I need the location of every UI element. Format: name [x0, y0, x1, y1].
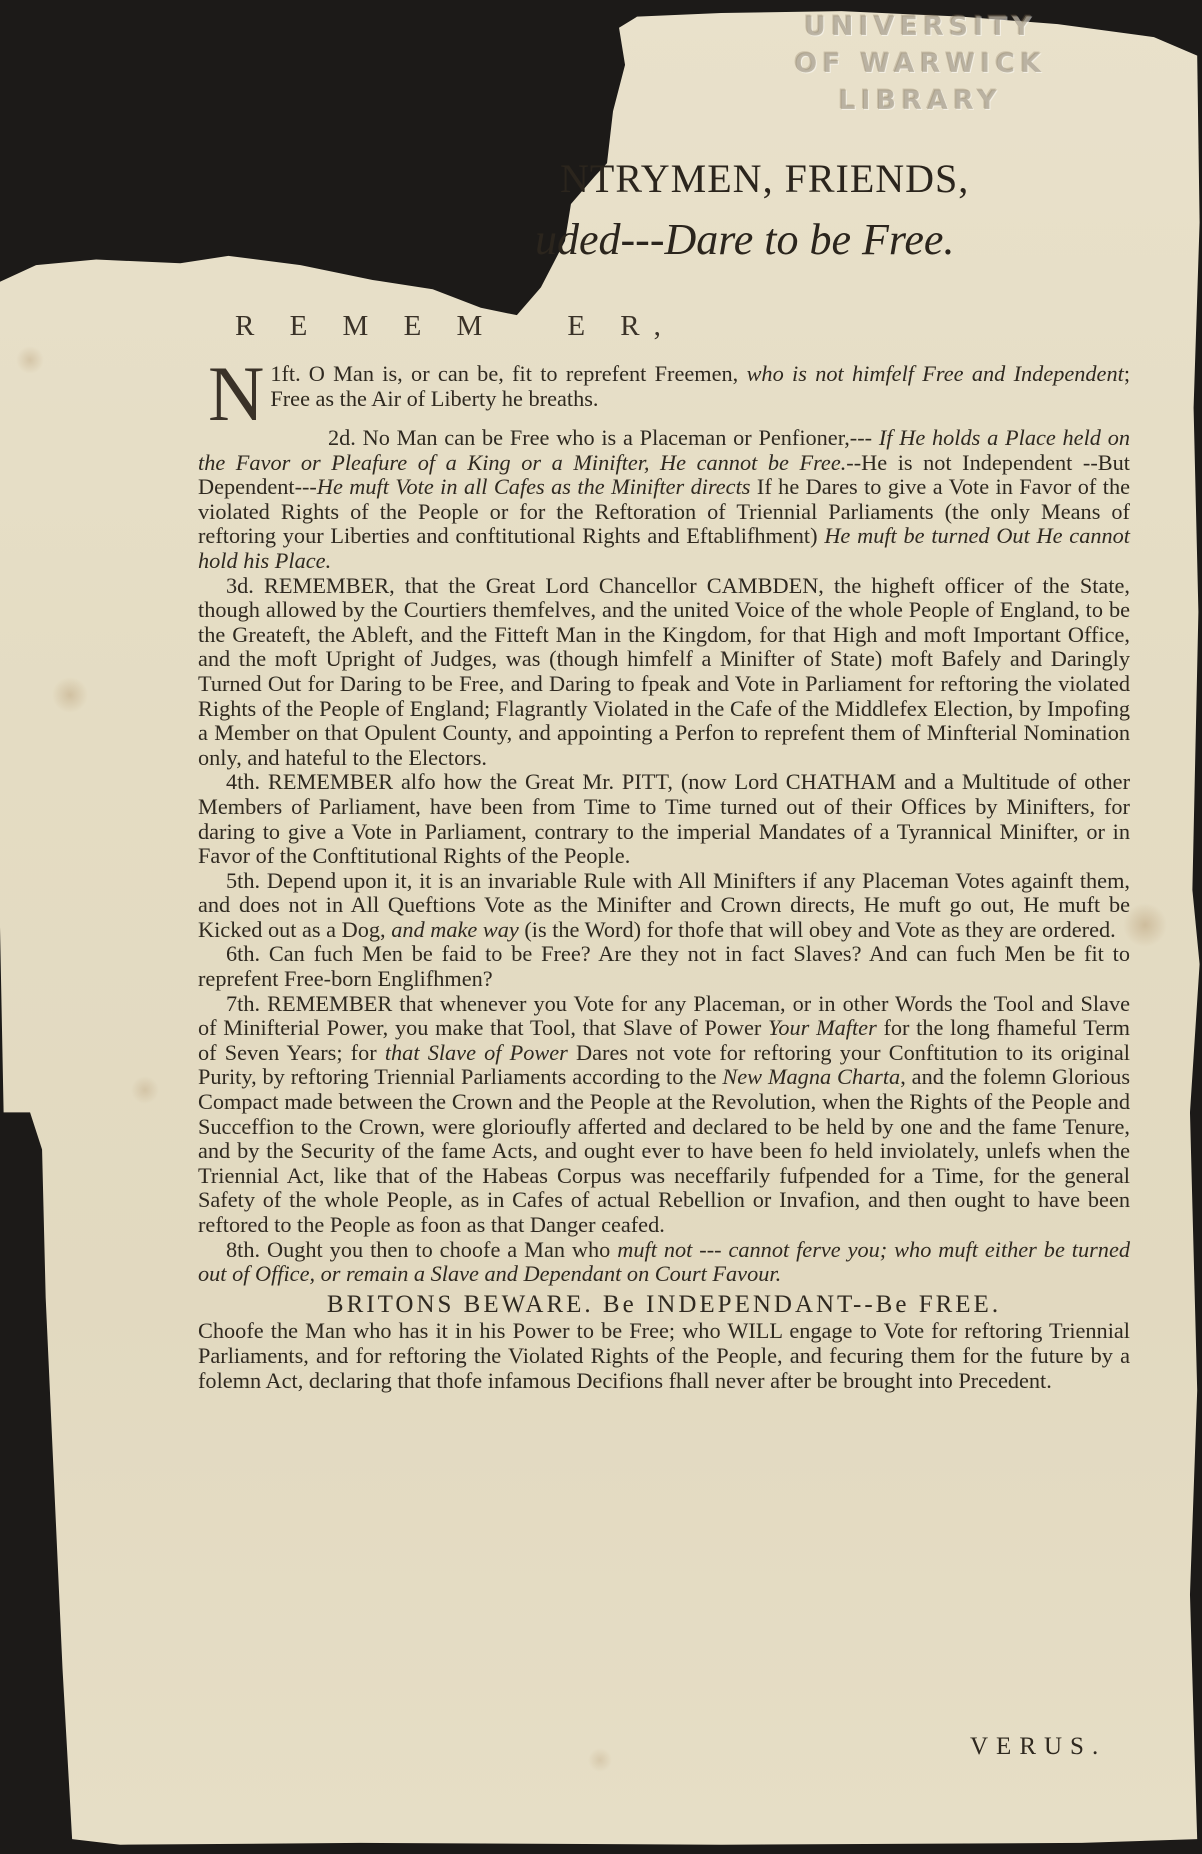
p7-italic-b: that Slave of Power: [385, 1040, 568, 1065]
closing-paragraph: Choofe the Man who has it in his Power t…: [198, 1319, 1130, 1393]
p4-text: 4th. REMEMBER alfo how the Great Mr. PIT…: [198, 769, 1130, 868]
paragraph-1: 1ft.NO Man is, or can be, fit to reprefe…: [198, 362, 1130, 411]
paragraph-5: 5th. Depend upon it, it is an invariable…: [198, 869, 1130, 943]
closing-text: Choofe the Man who has it in his Power t…: [198, 1318, 1130, 1392]
p7-italic-c: New Magna Charta: [722, 1064, 900, 1089]
title-line-1: NTRYMEN, FRIENDS,: [560, 155, 969, 202]
p2-text-a: 2d. No Man can be Free who is a Placeman…: [328, 425, 879, 450]
title-line-2: uded---Dare to be Free.: [535, 214, 954, 265]
paragraph-8: 8th. Ought you then to choofe a Man who …: [198, 1238, 1130, 1287]
stamp-line-1: UNIVERSITY: [770, 8, 1070, 45]
p6-text: 6th. Can fuch Men be faid to be Free? Ar…: [198, 941, 1130, 991]
drop-cap: N: [208, 362, 264, 426]
signature-verus: VERUS.: [970, 1733, 1106, 1761]
broadside-body: 1ft.NO Man is, or can be, fit to reprefe…: [198, 362, 1130, 1393]
paragraph-4: 4th. REMEMBER alfo how the Great Mr. PIT…: [198, 770, 1130, 868]
p7-italic-a: Your Mafter: [768, 1015, 877, 1040]
p2-italic-b: He muft Vote in all Cafes as the Minifte…: [317, 474, 751, 499]
remember-heading: R E M E M E R,: [235, 310, 675, 343]
p8-text-a: 8th. Ought you then to choofe a Man who: [226, 1237, 617, 1262]
library-stamp: UNIVERSITY OF WARWICK LIBRARY: [770, 8, 1070, 119]
paragraph-2: 2d. No Man can be Free who is a Placeman…: [198, 426, 1130, 574]
p1-text-a: O Man is, or can be, fit to reprefent Fr…: [309, 361, 747, 386]
p5-text-b: (is the Word) for thofe that will obey a…: [519, 917, 1116, 942]
paragraph-3: 3d. REMEMBER, that the Great Lord Chance…: [198, 574, 1130, 771]
paragraph-7: 7th. REMEMBER that whenever you Vote for…: [198, 992, 1130, 1238]
p3-text: 3d. REMEMBER, that the Great Lord Chance…: [198, 573, 1130, 770]
paragraph-6: 6th. Can fuch Men be faid to be Free? Ar…: [198, 942, 1130, 991]
stamp-line-3: LIBRARY: [770, 82, 1070, 119]
p1-italic-a: who is not himfelf Free and Independent: [747, 361, 1124, 386]
p5-italic-a: and make way: [391, 917, 519, 942]
britons-beware-heading: BRITONS BEWARE. Be INDEPENDANT--Be FREE.: [198, 1293, 1130, 1318]
stamp-line-2: OF WARWICK: [770, 45, 1070, 82]
p7-text-d: , and the folemn Glorious Compact made b…: [198, 1064, 1130, 1237]
ordinal-1st: 1ft.: [270, 361, 300, 386]
